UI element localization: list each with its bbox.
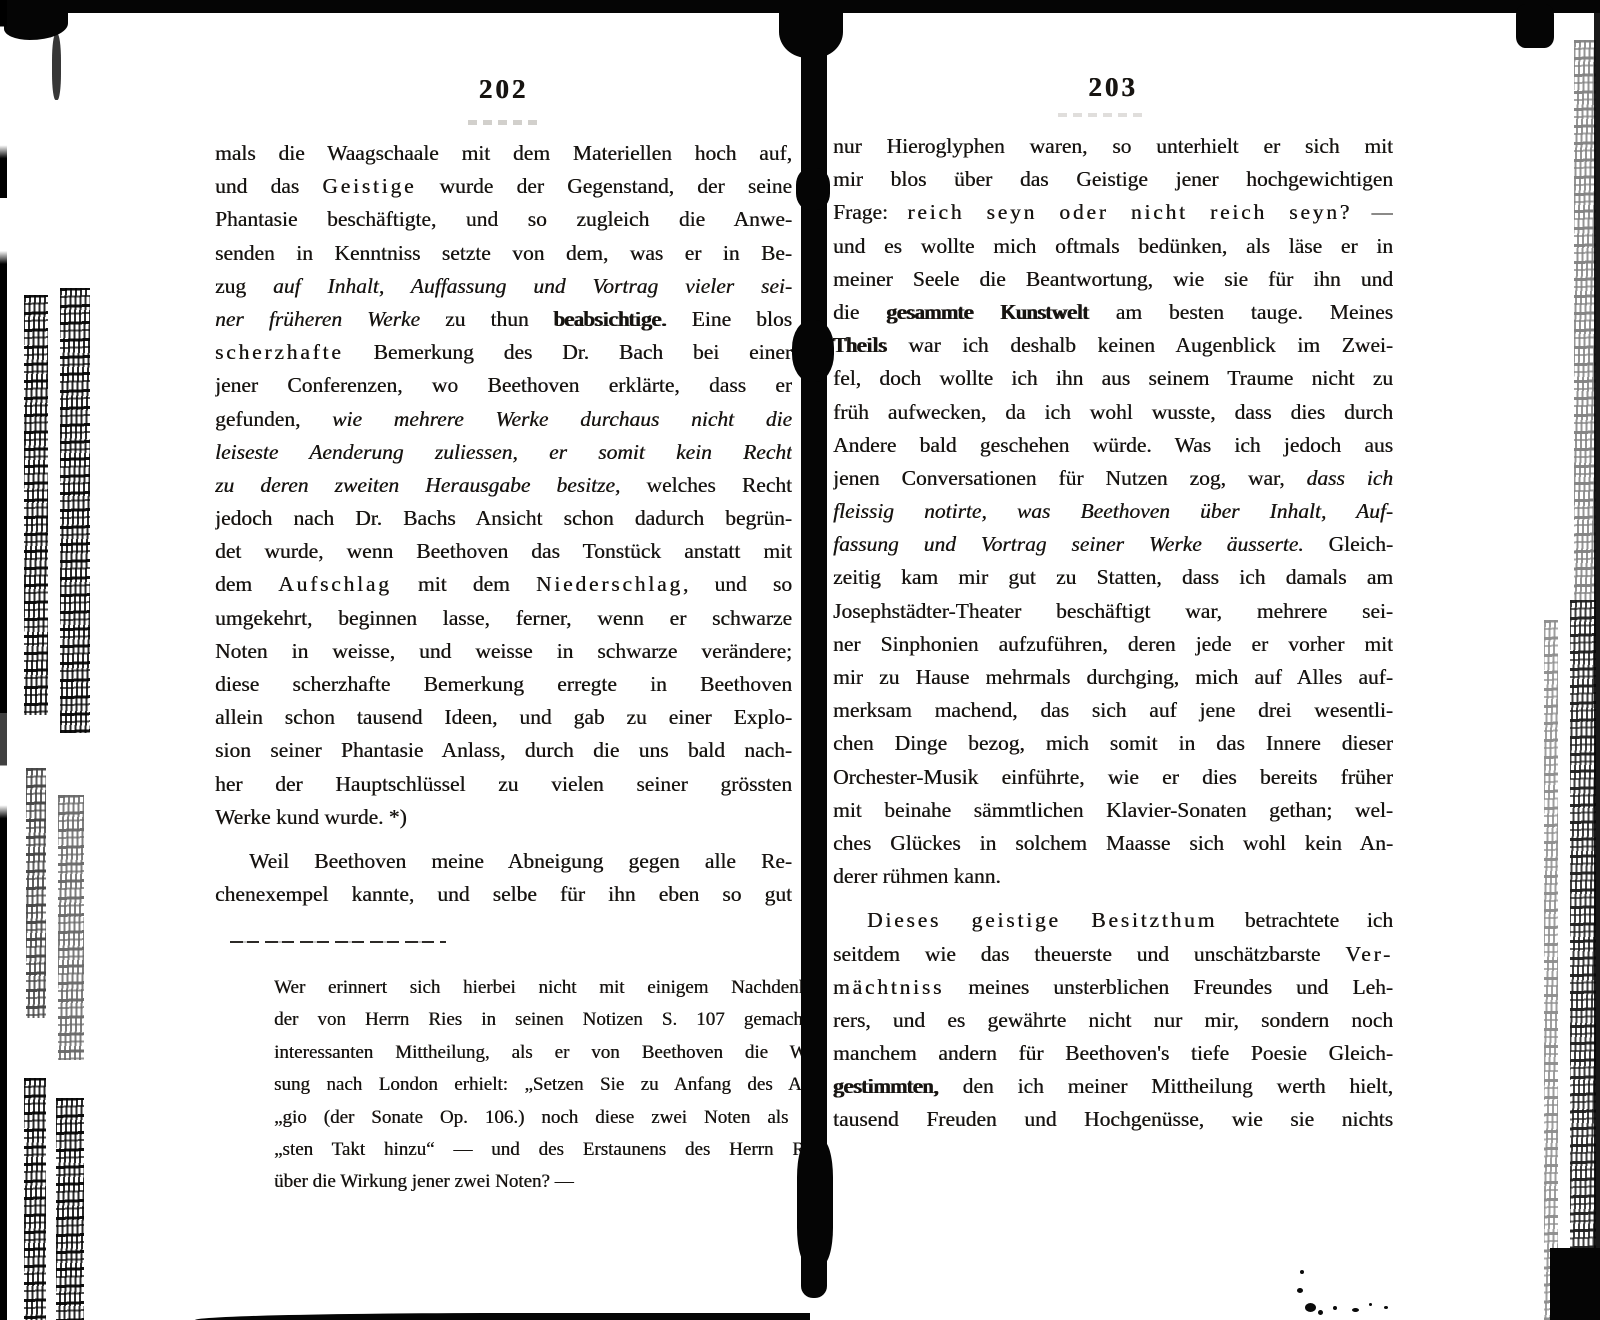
scan-artifact-dot bbox=[1297, 1288, 1303, 1293]
text-segment: Geistige bbox=[322, 174, 416, 198]
text-segment: reich seyn oder nicht reich seyn? bbox=[907, 200, 1352, 224]
text-segment: Wer erinnert sich hierbei nicht mit eini… bbox=[274, 977, 826, 998]
scan-artifact-dot bbox=[1305, 1303, 1316, 1312]
text-segment: Eine blos bbox=[667, 307, 792, 331]
text-segment: den ich meiner Mittheilung werth hielt, bbox=[939, 1074, 1393, 1098]
text-segment: umgekehrt, beginnen lasse, ferner, wenn … bbox=[215, 606, 792, 630]
text-segment: merksam machend, das sich auf jene drei … bbox=[833, 698, 1393, 722]
text-segment: gesammte Kunstwelt bbox=[886, 300, 1089, 324]
scan-artifact-smudge-b bbox=[60, 288, 90, 733]
text-segment: senden in Kenntniss setzte von dem, was … bbox=[215, 241, 792, 265]
right-page-text: nur Hieroglyphen waren, so unterhielt er… bbox=[833, 130, 1393, 1137]
left-header-dash bbox=[468, 120, 540, 125]
text-segment: Orchester-Musik einführte, wie er dies b… bbox=[833, 765, 1393, 789]
scan-artifact-right-solid-edge bbox=[1594, 0, 1600, 1320]
text-line: nur Hieroglyphen waren, so unterhielt er… bbox=[833, 130, 1393, 163]
text-line: ner früheren Werke zu thun beabsichtige.… bbox=[215, 303, 792, 336]
scan-artifact-gutter-top bbox=[779, 0, 843, 58]
text-segment: Werke kund wurde. *) bbox=[215, 805, 407, 829]
text-segment: ches Glückes in solchem Maasse sich wohl… bbox=[833, 831, 1393, 855]
scan-artifact-smudge-d bbox=[58, 795, 84, 1060]
text-segment: Niederschlag bbox=[536, 572, 683, 596]
text-segment: manchem andern für Beethoven's tiefe Poe… bbox=[833, 1041, 1393, 1065]
text-segment: diese scherzhafte Bemerkung erregte in B… bbox=[215, 672, 792, 696]
scan-artifact-top-bar bbox=[0, 0, 1600, 13]
text-line: fel, doch wollte ich ihn aus seinem Trau… bbox=[833, 362, 1393, 395]
text-line: zug auf Inhalt, Auffassung und Vortrag v… bbox=[215, 270, 792, 303]
text-segment: und es wollte mich oftmals bedünken, als… bbox=[833, 234, 1393, 258]
text-line: Dieses geistige Besitzthum betrachtete i… bbox=[833, 904, 1393, 937]
text-segment: zeitig kam mir gut zu Statten, dass ich … bbox=[833, 565, 1393, 589]
text-segment: „sten Takt hinzu“ — und des Erstaunens d… bbox=[274, 1139, 826, 1160]
text-line: jedoch nach Dr. Bachs Ansicht schon dadu… bbox=[215, 502, 792, 535]
text-segment: mit beinahe sämmtlichen Klavier-Sonaten … bbox=[833, 798, 1393, 822]
text-segment: „gio (der Sonate Op. 106.) noch diese zw… bbox=[274, 1107, 826, 1128]
text-line: merksam machend, das sich auf jene drei … bbox=[833, 694, 1393, 727]
text-segment: allein schon tausend Ideen, und gab zu e… bbox=[215, 705, 792, 729]
scan-artifact-dot bbox=[1300, 1270, 1304, 1274]
text-segment: Phantasie beschäftigte, und so zugleich … bbox=[215, 207, 792, 231]
text-line: Theils war ich deshalb keinen Augenblick… bbox=[833, 329, 1393, 362]
text-segment: gefunden, bbox=[215, 407, 332, 431]
text-line: mächtniss meines unsterblichen Freundes … bbox=[833, 971, 1393, 1004]
text-segment: dem bbox=[215, 572, 278, 596]
text-segment: mals die Waagschaale mit dem Materiellen… bbox=[215, 141, 792, 165]
scan-artifact-dot bbox=[1318, 1310, 1323, 1315]
text-segment: wie mehrere Werke durchaus nicht die bbox=[332, 407, 792, 431]
scan-artifact-right-sparse-band bbox=[1544, 620, 1558, 1320]
text-line: umgekehrt, beginnen lasse, ferner, wenn … bbox=[215, 602, 792, 635]
text-segment: zu thun bbox=[420, 307, 554, 331]
scan-artifact-topright-blob bbox=[1516, 4, 1554, 48]
text-segment: Bemerkung des Dr. Bach bei einer bbox=[344, 340, 792, 364]
text-segment: jener Conferenzen, wo Beethoven erklärte… bbox=[215, 373, 792, 397]
text-line: Andere bald geschehen würde. Was ich jed… bbox=[833, 429, 1393, 462]
scan-artifact-right-band-bottom bbox=[1570, 600, 1596, 1320]
text-line: leiseste Aenderung zuliessen, er somit k… bbox=[215, 436, 792, 469]
text-line: zu deren zweiten Herausgabe besitze, wel… bbox=[215, 469, 792, 502]
text-segment: mir zu Hause mehrmals durchging, mich au… bbox=[833, 665, 1393, 689]
text-segment: ner früheren Werke bbox=[215, 307, 420, 331]
text-line: det wurde, wenn Beethoven das Tonstück a… bbox=[215, 535, 792, 568]
text-segment: gestimmten, bbox=[833, 1074, 939, 1098]
text-segment: jenen Conversationen für Nutzen zog, war… bbox=[833, 466, 1307, 490]
text-line: allein schon tausend Ideen, und gab zu e… bbox=[215, 701, 792, 734]
text-segment: Weil Beethoven meine Abneigung gegen all… bbox=[249, 849, 792, 873]
text-segment: war ich deshalb keinen Augenblick im Zwe… bbox=[887, 333, 1393, 357]
text-line: meiner Seele die Beantwortung, wie sie f… bbox=[833, 263, 1393, 296]
text-line: Orchester-Musik einführte, wie er dies b… bbox=[833, 761, 1393, 794]
text-segment: Ver- bbox=[1345, 942, 1393, 966]
text-segment: Frage: bbox=[833, 200, 907, 224]
text-segment: früh aufwecken, da ich wohl wusste, dass… bbox=[833, 400, 1393, 424]
text-segment: leiseste Aenderung zuliessen, er somit k… bbox=[215, 440, 792, 464]
scan-artifact-bottomright-corner bbox=[1550, 1248, 1600, 1320]
text-segment: fleissig notirte, was Beethoven über Inh… bbox=[833, 499, 1393, 523]
text-line: und das Geistige wurde der Gegenstand, d… bbox=[215, 170, 792, 203]
text-line: mir blos über das Geistige jener hochgew… bbox=[833, 163, 1393, 196]
text-segment: meines unsterblichen Freundes und Leh- bbox=[944, 975, 1393, 999]
text-segment: am besten tauge. Meines bbox=[1089, 300, 1393, 324]
text-segment: seitdem wie das theuerste und unschätzba… bbox=[833, 942, 1345, 966]
text-segment: betrachtete ich bbox=[1217, 908, 1393, 932]
text-segment: tausend Freuden und Hochgenüsse, wie sie… bbox=[833, 1107, 1393, 1131]
scan-artifact-topleft-blob bbox=[4, 12, 68, 40]
text-line: fleissig notirte, was Beethoven über Inh… bbox=[833, 495, 1393, 528]
text-segment: sung nach London erhielt: „Setzen Sie zu… bbox=[274, 1074, 826, 1095]
text-segment: chenexempel kannte, und selbe für ihn eb… bbox=[215, 882, 792, 906]
scan-artifact-dot bbox=[1384, 1306, 1388, 1309]
right-header-dash bbox=[1058, 113, 1144, 117]
text-segment: interessanten Mittheilung, als er von Be… bbox=[274, 1042, 826, 1063]
text-segment: fassung und Vortrag seiner Werke äussert… bbox=[833, 532, 1304, 556]
text-line: mit beinahe sämmtlichen Klavier-Sonaten … bbox=[833, 794, 1393, 827]
left-page-number: 202 bbox=[215, 74, 792, 105]
scan-artifact-dot bbox=[1352, 1308, 1359, 1312]
footnote-line: interessanten Mittheilung, als er von Be… bbox=[274, 1037, 826, 1069]
text-line: Phantasie beschäftigte, und so zugleich … bbox=[215, 203, 792, 236]
text-segment: beabsichtige. bbox=[554, 307, 667, 331]
scan-artifact-dot bbox=[1369, 1303, 1372, 1306]
text-segment: welches Recht bbox=[620, 473, 792, 497]
scan-artifact-dot bbox=[1333, 1306, 1337, 1310]
scan-artifact-smudge-a bbox=[24, 295, 48, 715]
text-line: scherzhafte Bemerkung des Dr. Bach bei e… bbox=[215, 336, 792, 369]
text-segment: Gleich- bbox=[1304, 532, 1393, 556]
text-segment: ner Sinphonien aufzuführen, deren jede e… bbox=[833, 632, 1393, 656]
text-segment: wurde der Gegenstand, der seine bbox=[416, 174, 792, 198]
text-segment: derer rühmen kann. bbox=[833, 864, 1001, 888]
text-line: mir zu Hause mehrmals durchging, mich au… bbox=[833, 661, 1393, 694]
text-line: fassung und Vortrag seiner Werke äussert… bbox=[833, 528, 1393, 561]
text-line: sion seiner Phantasie Anlass, durch die … bbox=[215, 734, 792, 767]
scan-artifact-topleft-drip bbox=[52, 34, 61, 100]
scanned-book-spread: { "document": { "type": "scanned-book-pa… bbox=[0, 0, 1600, 1320]
text-segment: det wurde, wenn Beethoven das Tonstück a… bbox=[215, 539, 792, 563]
text-line: chenexempel kannte, und selbe für ihn eb… bbox=[215, 878, 792, 911]
text-segment: die bbox=[833, 300, 886, 324]
scan-artifact-smudge-c bbox=[26, 768, 46, 1018]
text-segment: scherzhafte bbox=[215, 340, 344, 364]
text-segment: zug bbox=[215, 274, 273, 298]
text-line: diese scherzhafte Bemerkung erregte in B… bbox=[215, 668, 792, 701]
text-segment: fel, doch wollte ich ihn aus seinem Trau… bbox=[833, 366, 1393, 390]
text-segment: , und so bbox=[683, 572, 792, 596]
text-line: derer rühmen kann. bbox=[833, 860, 1393, 893]
text-segment: Theils bbox=[833, 333, 887, 357]
text-line: rers, und es gewährte nicht nur mir, son… bbox=[833, 1004, 1393, 1037]
text-segment: sion seiner Phantasie Anlass, durch die … bbox=[215, 738, 792, 762]
text-segment: rers, und es gewährte nicht nur mir, son… bbox=[833, 1008, 1393, 1032]
text-segment: und das bbox=[215, 174, 322, 198]
text-line: Weil Beethoven meine Abneigung gegen all… bbox=[215, 845, 792, 878]
text-line: mals die Waagschaale mit dem Materiellen… bbox=[215, 137, 792, 170]
text-segment: der von Herrn Ries in seinen Notizen S. … bbox=[274, 1009, 826, 1030]
text-segment: Noten in weisse, und weisse in schwarze … bbox=[215, 639, 792, 663]
text-segment: über die Wirkung jener zwei Noten? — bbox=[274, 1171, 574, 1192]
footnote-line: „sten Takt hinzu“ — und des Erstaunens d… bbox=[274, 1134, 826, 1166]
text-line: jener Conferenzen, wo Beethoven erklärte… bbox=[215, 369, 792, 402]
text-line: chen Dinge bezog, mich somit in das Inne… bbox=[833, 727, 1393, 760]
scan-artifact-bottom-arc bbox=[195, 1313, 810, 1320]
footnote-line: der von Herrn Ries in seinen Notizen S. … bbox=[274, 1004, 826, 1036]
left-page-text: mals die Waagschaale mit dem Materiellen… bbox=[215, 137, 792, 911]
text-line: seitdem wie das theuerste und unschätzba… bbox=[833, 938, 1393, 971]
text-segment: Andere bald geschehen würde. Was ich jed… bbox=[833, 433, 1393, 457]
text-line: früh aufwecken, da ich wohl wusste, dass… bbox=[833, 396, 1393, 429]
text-line: zeitig kam mir gut zu Statten, dass ich … bbox=[833, 561, 1393, 594]
text-line: Noten in weisse, und weisse in schwarze … bbox=[215, 635, 792, 668]
footnote-line: *)Wer erinnert sich hierbei nicht mit ei… bbox=[274, 972, 826, 1004]
scan-artifact-gutter-blob2 bbox=[796, 168, 830, 210]
text-segment: her der Hauptschlüssel zu vielen seiner … bbox=[215, 772, 792, 796]
scan-artifact-smudge-e bbox=[24, 1078, 46, 1320]
text-segment: dass ich bbox=[1307, 466, 1393, 490]
text-segment: auf Inhalt, Auffassung und Vortrag viele… bbox=[273, 274, 792, 298]
text-line: gefunden, wie mehrere Werke durchaus nic… bbox=[215, 403, 792, 436]
footnote-line: „gio (der Sonate Op. 106.) noch diese zw… bbox=[274, 1102, 826, 1134]
right-page-number: 203 bbox=[833, 72, 1393, 103]
text-line: senden in Kenntniss setzte von dem, was … bbox=[215, 237, 792, 270]
scan-artifact-left-strip bbox=[0, 0, 7, 1320]
text-line: ner Sinphonien aufzuführen, deren jede e… bbox=[833, 628, 1393, 661]
text-segment: jedoch nach Dr. Bachs Ansicht schon dadu… bbox=[215, 506, 792, 530]
text-line: Josephstädter-Theater beschäftigt war, m… bbox=[833, 595, 1393, 628]
text-segment: mir blos über das Geistige jener hochgew… bbox=[833, 167, 1393, 191]
text-segment: nur Hieroglyphen waren, so unterhielt er… bbox=[833, 134, 1393, 158]
text-segment: mächtniss bbox=[833, 975, 944, 999]
text-line: und es wollte mich oftmals bedünken, als… bbox=[833, 230, 1393, 263]
text-line: her der Hauptschlüssel zu vielen seiner … bbox=[215, 768, 792, 801]
text-segment: — bbox=[1352, 200, 1393, 224]
text-segment: chen Dinge bezog, mich somit in das Inne… bbox=[833, 731, 1393, 755]
text-line: dem Aufschlag mit dem Niederschlag, und … bbox=[215, 568, 792, 601]
text-line: tausend Freuden und Hochgenüsse, wie sie… bbox=[833, 1103, 1393, 1136]
footnote-line: über die Wirkung jener zwei Noten? — bbox=[274, 1166, 826, 1198]
text-segment: Josephstädter-Theater beschäftigt war, m… bbox=[833, 599, 1393, 623]
text-line: jenen Conversationen für Nutzen zog, war… bbox=[833, 462, 1393, 495]
text-line: gestimmten, den ich meiner Mittheilung w… bbox=[833, 1070, 1393, 1103]
footnote-line: sung nach London erhielt: „Setzen Sie zu… bbox=[274, 1069, 826, 1101]
scan-artifact-smudge-f bbox=[56, 1098, 84, 1320]
text-line: Werke kund wurde. *) bbox=[215, 801, 792, 834]
text-segment: meiner Seele die Beantwortung, wie sie f… bbox=[833, 267, 1393, 291]
left-page-footnote-text: *)Wer erinnert sich hierbei nicht mit ei… bbox=[238, 972, 826, 1199]
text-line: Frage: reich seyn oder nicht reich seyn?… bbox=[833, 196, 1393, 229]
text-line: die gesammte Kunstwelt am besten tauge. … bbox=[833, 296, 1393, 329]
text-line: manchem andern für Beethoven's tiefe Poe… bbox=[833, 1037, 1393, 1070]
scan-artifact-gutter-blob1 bbox=[792, 320, 834, 382]
footnote-rule bbox=[230, 941, 446, 943]
scan-artifact-right-band-top bbox=[1574, 40, 1596, 600]
text-segment: Aufschlag bbox=[278, 572, 392, 596]
text-segment: zu deren zweiten Herausgabe besitze, bbox=[215, 473, 620, 497]
text-segment: Dieses geistige Besitzthum bbox=[867, 908, 1217, 932]
text-segment: mit dem bbox=[392, 572, 536, 596]
text-line: ches Glückes in solchem Maasse sich wohl… bbox=[833, 827, 1393, 860]
